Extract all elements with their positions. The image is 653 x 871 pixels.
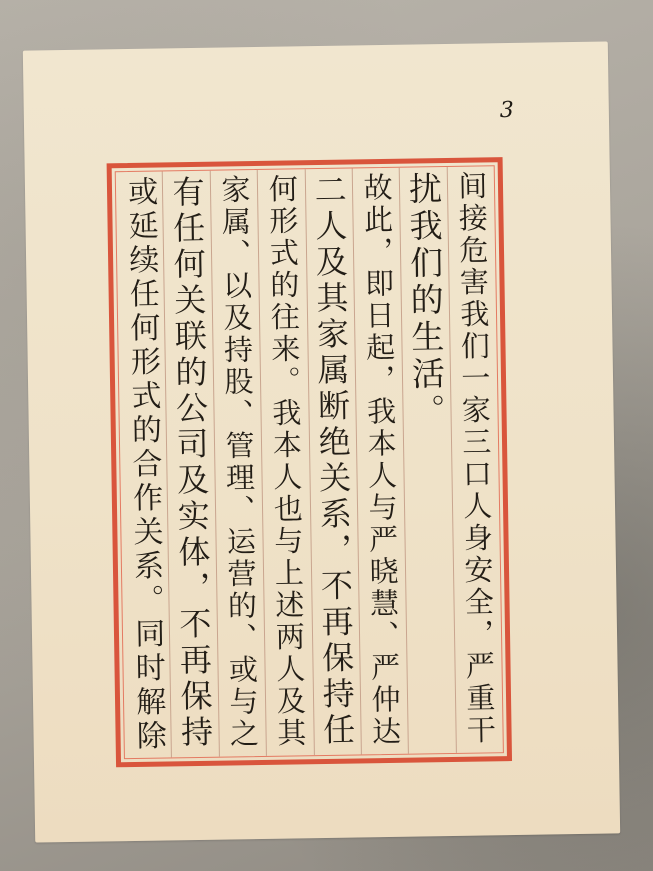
column-text: 或延续任何形式的合作关系。同时解除	[124, 176, 163, 754]
column-text: 家属、以及持股、管理、运营的、或与之	[219, 174, 257, 750]
text-column-3: 故此，即日起，我本人与严晓慧、严仲达	[352, 168, 409, 755]
column-text: 二人及其家属断绝关系，不再保持任	[312, 173, 353, 749]
text-column-5: 何形式的往来。我本人也与上述两人及其	[257, 169, 314, 756]
text-column-4: 二人及其家属断绝关系，不再保持任	[304, 168, 361, 755]
column-text: 间接危害我们一家三口人身安全，严重干	[456, 170, 494, 746]
red-ruled-frame: 间接危害我们一家三口人身安全，严重干 扰我们的生活。 故此，即日起，我本人与严晓…	[107, 157, 512, 767]
text-column-1: 间接危害我们一家三口人身安全，严重干	[446, 166, 503, 753]
text-column-2: 扰我们的生活。	[399, 167, 456, 754]
column-grid: 间接危害我们一家三口人身安全，严重干 扰我们的生活。 故此，即日起，我本人与严晓…	[115, 165, 504, 759]
column-text: 扰我们的生活。	[407, 171, 444, 430]
letter-paper: 3 间接危害我们一家三口人身安全，严重干 扰我们的生活。 故此，即日起，我本人与…	[23, 41, 620, 842]
text-column-7: 有任何关联的公司及实体，不再保持	[162, 171, 219, 758]
page-number: 3	[500, 98, 514, 123]
column-text: 有任何关联的公司及实体，不再保持	[170, 175, 211, 751]
column-text: 何形式的往来。我本人也与上述两人及其	[267, 173, 305, 749]
text-column-8: 或延续任何形式的合作关系。同时解除	[116, 171, 172, 758]
text-column-6: 家属、以及持股、管理、运营的、或与之	[209, 170, 266, 757]
column-text: 故此，即日起，我本人与严晓慧、严仲达	[361, 172, 399, 748]
